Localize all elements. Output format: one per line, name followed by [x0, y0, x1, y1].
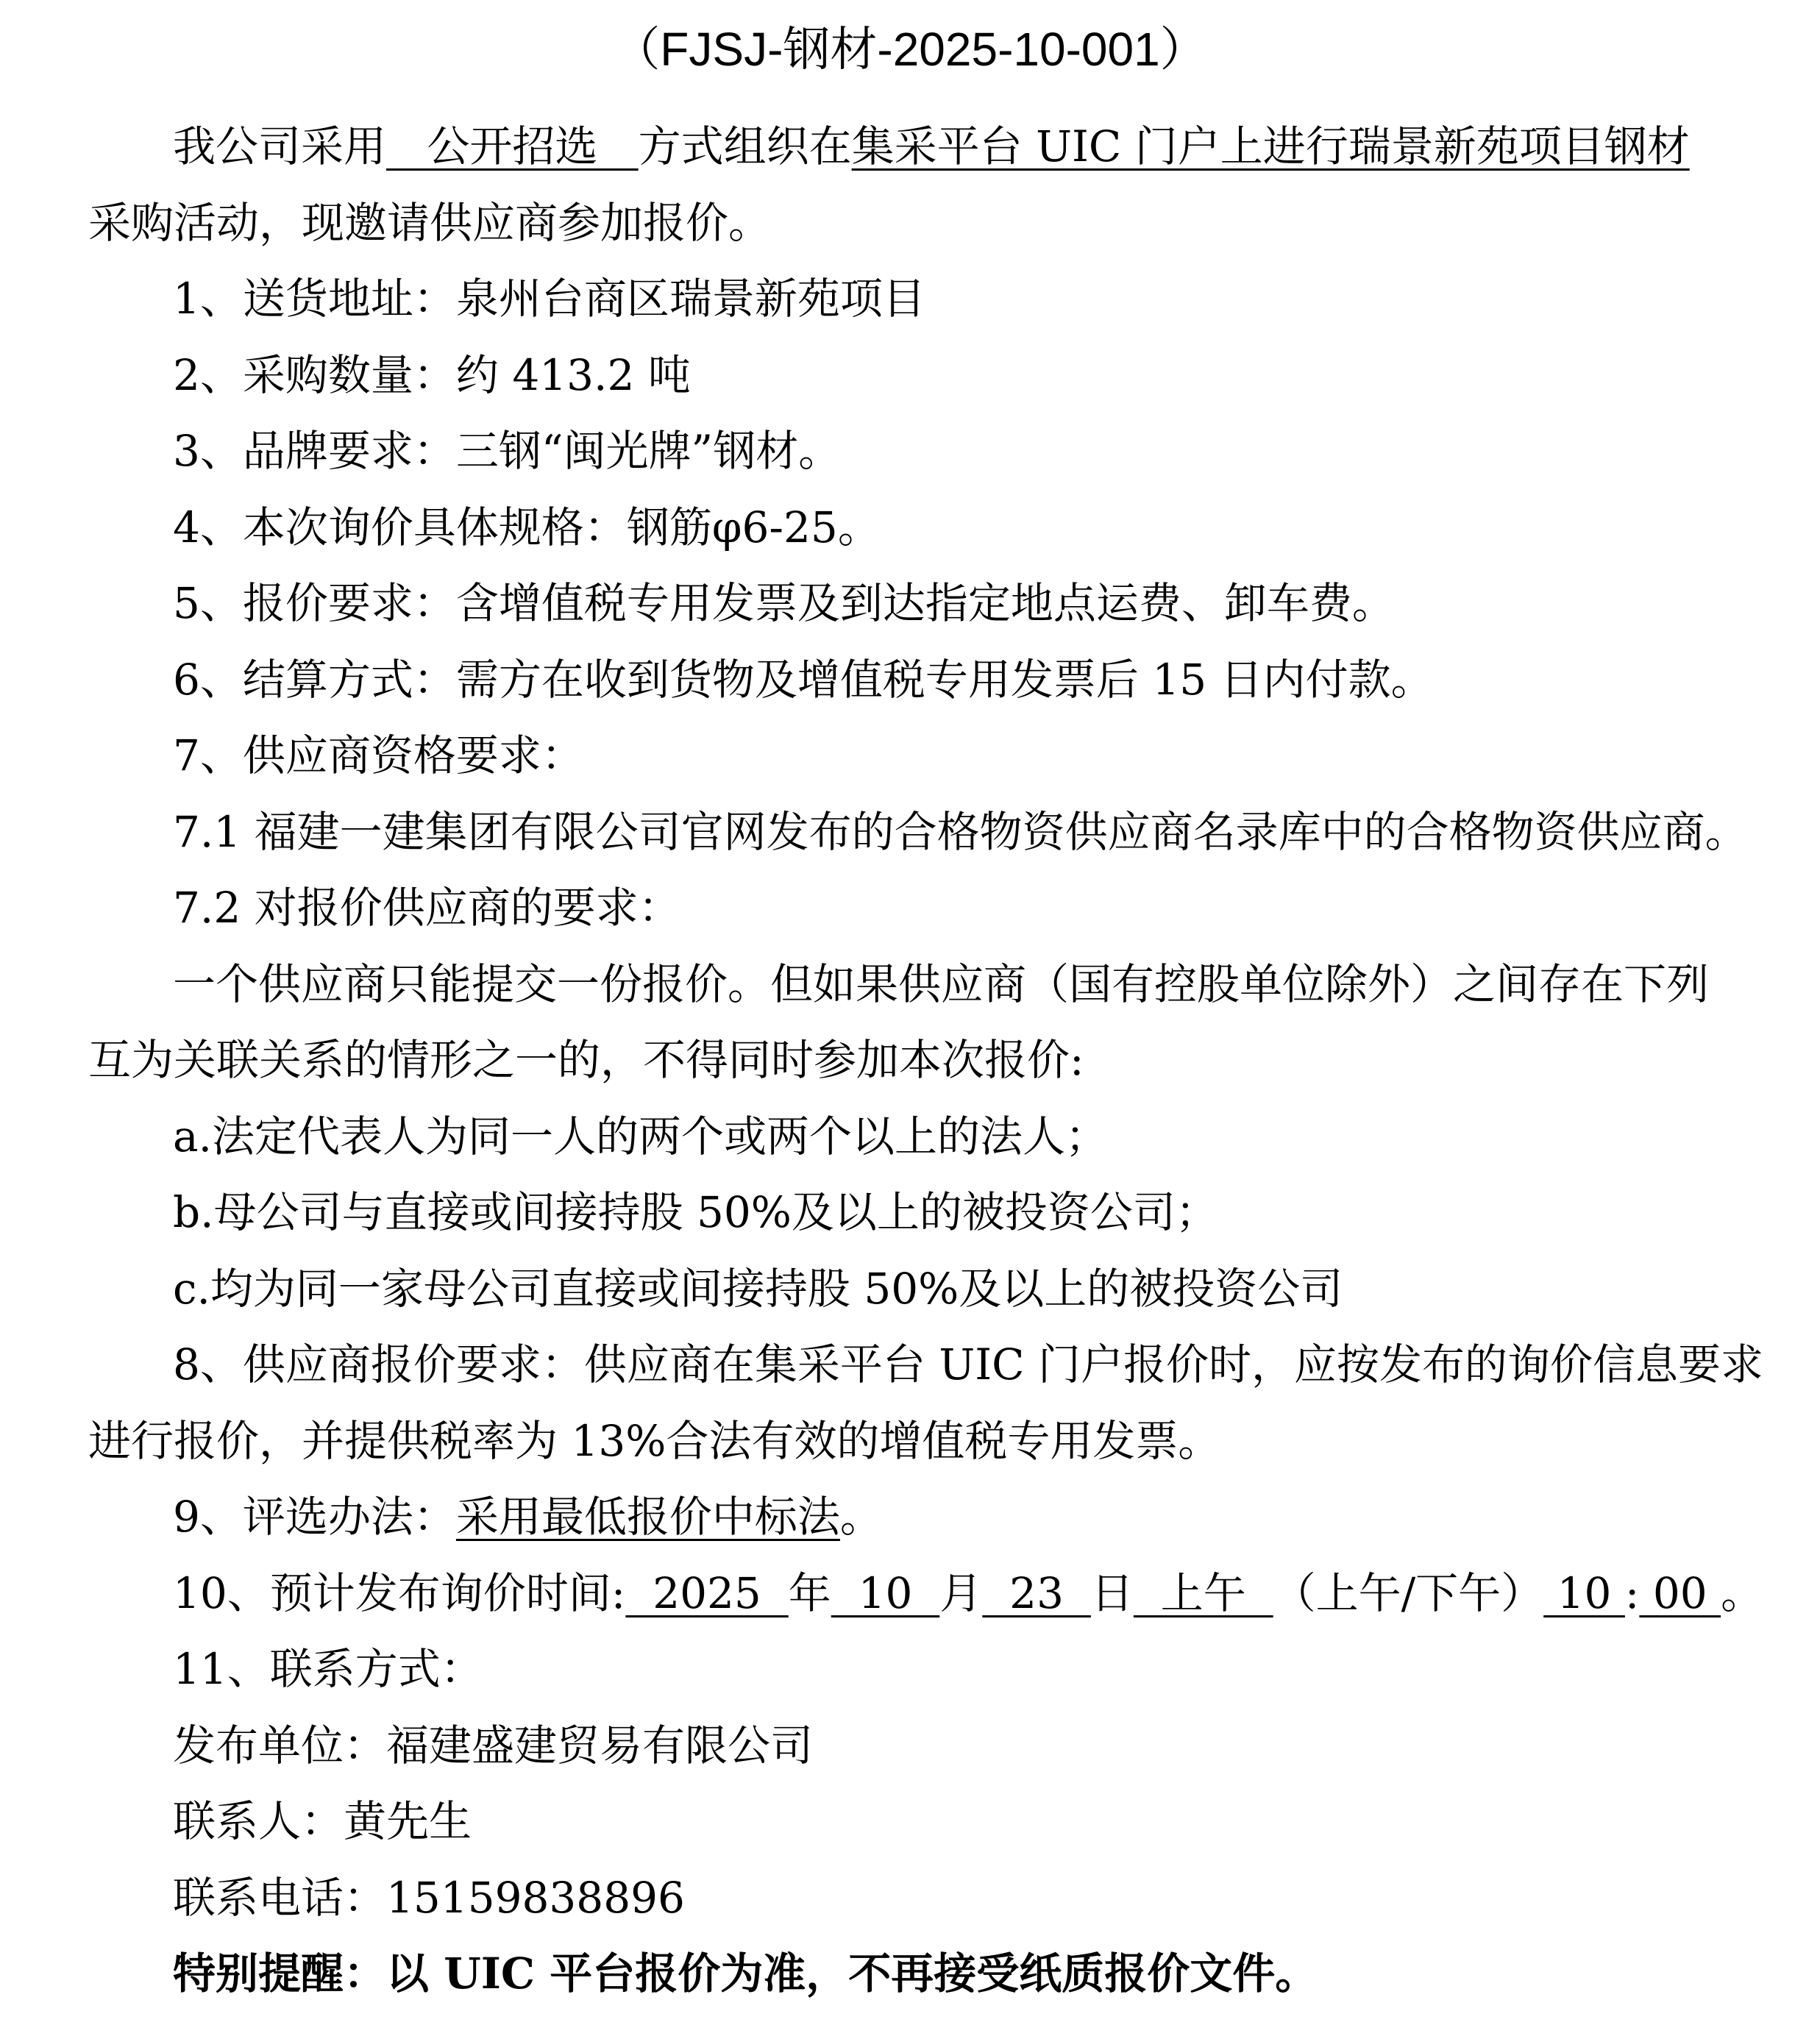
contact-person: 联系人：黄先生 — [88, 1784, 1736, 1860]
evaluation-label: 9、评选办法： — [173, 1492, 456, 1542]
publisher: 发布单位：福建盛建贸易有限公司 — [88, 1708, 1736, 1784]
related-party-b: b.母公司与直接或间接持股 50%及以上的被投资公司； — [88, 1175, 1736, 1251]
ampm-value: 上午 — [1134, 1568, 1273, 1618]
period: 。 — [1721, 1568, 1763, 1618]
contact-phone: 联系电话：15159838896 — [88, 1860, 1736, 1937]
month-value: 10 — [831, 1568, 940, 1618]
time-colon: : — [1625, 1568, 1640, 1618]
contact-heading: 11、联系方式： — [88, 1631, 1736, 1708]
related-party-text-2: 互为关联关系的情形之一的，不得同时参加本次报价: — [88, 1022, 1736, 1099]
item-quantity: 2、采购数量：约 413.2 吨 — [88, 338, 1736, 414]
related-party-c: c.均为同一家母公司直接或间接持股 50%及以上的被投资公司 — [88, 1251, 1736, 1328]
inquiry-time-line: 10、预计发布询价时间: 2025 年 10 月 23 日 上午 （上午/下午）… — [88, 1556, 1736, 1632]
document-body: 我公司采用 公开招选 方式组织在集采平台 UIC 门户上进行瑞景新苑项目钢材 采… — [88, 109, 1736, 2012]
related-party-text-1: 一个供应商只能提交一份报价。但如果供应商（国有控股单位除外）之间存在下列 — [88, 947, 1736, 1023]
day-unit: 日 — [1091, 1568, 1134, 1618]
bid-requirement-2: 进行报价，并提供税率为 13%合法有效的增值税专用发票。 — [88, 1403, 1736, 1480]
year-unit: 年 — [789, 1568, 831, 1618]
platform-project: 集采平台 UIC 门户上进行瑞景新苑项目钢材 — [852, 121, 1690, 171]
item-brand: 3、品牌要求：三钢“闽光牌”钢材。 — [88, 413, 1736, 490]
reminder-text: 以 UIC 平台报价为准，不再接受纸质报价文件。 — [386, 1949, 1318, 1999]
time-label: 10、预计发布询价时间: — [173, 1568, 625, 1618]
reminder-label: 特别提醒： — [173, 1949, 386, 1999]
special-reminder: 特别提醒：以 UIC 平台报价为准，不再接受纸质报价文件。 — [88, 1936, 1736, 2012]
intro-text: 我公司采用 — [173, 121, 386, 171]
evaluation-method-line: 9、评选办法：采用最低报价中标法。 — [88, 1479, 1736, 1556]
item-qualification-7-1: 7.1 福建一建集团有限公司官网发布的合格物资供应商名录库中的合格物资供应商。 — [88, 794, 1736, 871]
item-quote-requirement: 5、报价要求：含增值税专用发票及到达指定地点运费、卸车费。 — [88, 566, 1736, 642]
hour-value: 10 — [1543, 1568, 1625, 1618]
item-spec: 4、本次询价具体规格：钢筋φ6-25。 — [88, 490, 1736, 566]
day-value: 23 — [982, 1568, 1091, 1618]
item-qualification: 7、供应商资格要求： — [88, 718, 1736, 794]
document-title: （FJSJ-钢材-2025-10-001） — [0, 16, 1820, 82]
evaluation-method: 采用最低报价中标法 — [456, 1492, 840, 1542]
item-delivery: 1、送货地址：泉州台商区瑞景新苑项目 — [88, 261, 1736, 338]
year-value: 2025 — [625, 1568, 788, 1618]
item-qualification-7-2: 7.2 对报价供应商的要求： — [88, 870, 1736, 947]
month-unit: 月 — [939, 1568, 982, 1618]
intro-text: 方式组织在 — [639, 121, 852, 171]
related-party-a: a.法定代表人为同一人的两个或两个以上的法人； — [88, 1099, 1736, 1175]
ampm-hint: （上午/下午） — [1273, 1568, 1544, 1618]
intro-line-2: 采购活动，现邀请供应商参加报价。 — [88, 185, 1736, 262]
procurement-method: 公开招选 — [386, 121, 639, 171]
minute-value: 00 — [1639, 1568, 1721, 1618]
intro-line-1: 我公司采用 公开招选 方式组织在集采平台 UIC 门户上进行瑞景新苑项目钢材 — [88, 109, 1736, 185]
period: 。 — [840, 1492, 883, 1542]
item-settlement: 6、结算方式：需方在收到货物及增值税专用发票后 15 日内付款。 — [88, 642, 1736, 719]
bid-requirement-1: 8、供应商报价要求：供应商在集采平台 UIC 门户报价时，应按发布的询价信息要求 — [88, 1327, 1736, 1403]
